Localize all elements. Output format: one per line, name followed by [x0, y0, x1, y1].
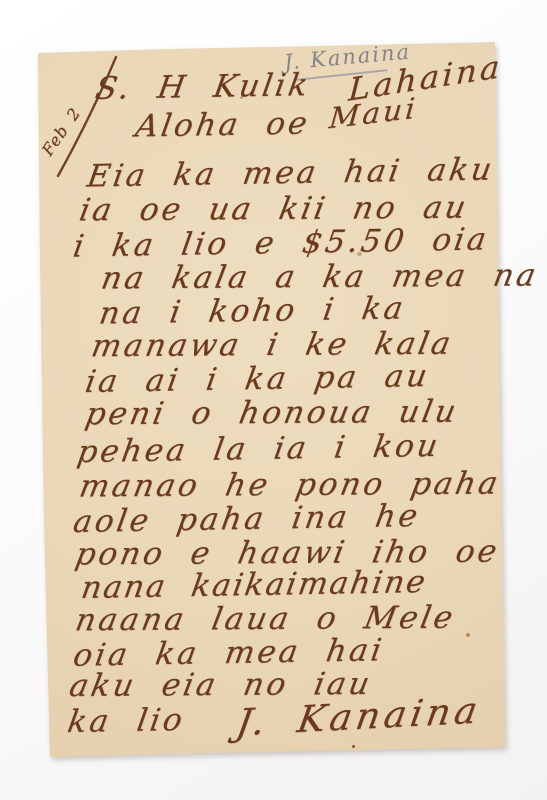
- letter-line: ka lio: [65, 705, 187, 738]
- letter-line: pehea la ia i kou: [75, 431, 443, 468]
- scan-background: J. Kanaina Feb 2 Lahaina Maui S. H Kulik…: [0, 0, 547, 800]
- letter-line: aole paha ina he: [71, 501, 422, 538]
- letter-line: nana kaikaimahine: [79, 567, 429, 604]
- letter-line: naana laua o Mele: [73, 603, 458, 637]
- letter-line: peni o honoua ulu: [83, 397, 461, 431]
- letter-line: manao he pono paha: [77, 469, 503, 503]
- letter-line: manawa i ke kala: [89, 329, 456, 363]
- greeting-aloha: Aloha oe: [133, 108, 312, 142]
- letter-line: Eia ka mea hai aku: [85, 154, 497, 192]
- letter-line: na kala a ka mea na: [99, 260, 541, 294]
- letter-line: na i koho i ka: [97, 293, 408, 329]
- salutation-recipient: S. H Kulik: [93, 70, 312, 105]
- letter-line: ia oe ua kii no au: [77, 193, 471, 227]
- letter-line: ia ai i ka pa au: [83, 361, 432, 398]
- letter-line: pono e haawi iho oe: [73, 537, 502, 571]
- letter-line: i ka lio e $5.50 oia: [71, 224, 491, 262]
